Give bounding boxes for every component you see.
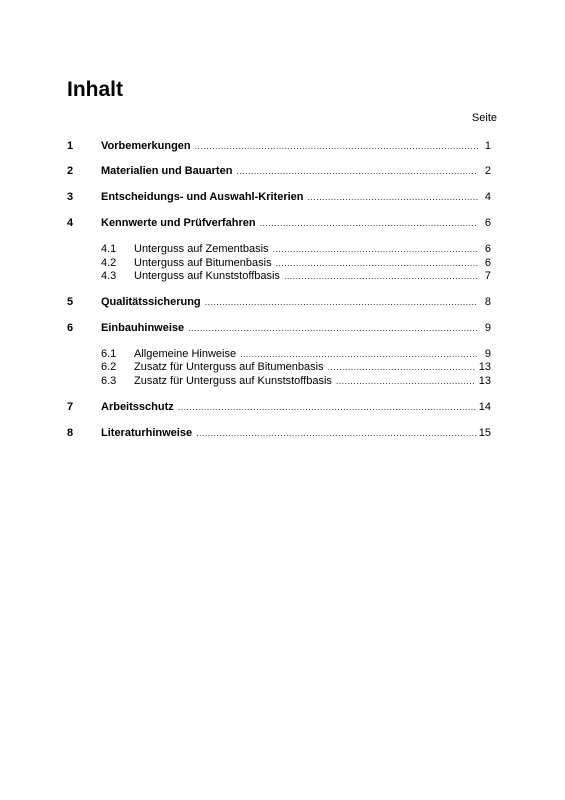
- toc-entry-4-2[interactable]: 4.2 Unterguss auf Bitumenbasis 6: [67, 256, 491, 270]
- toc-entry-6[interactable]: 6 Einbauhinweise 9: [67, 321, 491, 335]
- toc-entry-number: 2: [67, 164, 101, 178]
- toc-entry-4-3[interactable]: 4.3 Unterguss auf Kunststoffbasis 7: [67, 269, 491, 283]
- dot-leader: [196, 426, 476, 440]
- toc-entry-4[interactable]: 4 Kennwerte und Prüfverfahren 6: [67, 216, 491, 230]
- toc-entry-page: 8: [478, 295, 491, 309]
- toc-entry-number: 4.1: [101, 242, 134, 256]
- toc-entry-number: 6: [67, 321, 101, 335]
- toc-entry-page: 2: [478, 164, 491, 178]
- toc-entry-number: 4.3: [101, 269, 134, 283]
- dot-leader: [188, 321, 478, 335]
- toc-entry-page: 6: [478, 242, 491, 256]
- toc-entry-title: Arbeitsschutz: [101, 400, 178, 414]
- dot-leader: [308, 190, 479, 204]
- toc-entry-number: 8: [67, 426, 101, 440]
- toc-entry-6-2[interactable]: 6.2 Zusatz für Unterguss auf Bitumenbasi…: [67, 360, 491, 374]
- dot-leader: [273, 242, 478, 256]
- toc-entry-page: 14: [476, 400, 491, 414]
- page-title: Inhalt: [67, 76, 123, 104]
- toc-entry-title: Einbauhinweise: [101, 321, 188, 335]
- dot-leader: [195, 139, 478, 153]
- toc-entry-title: Zusatz für Unterguss auf Bitumenbasis: [134, 360, 328, 374]
- toc-entry-title: Entscheidungs- und Auswahl-Kriterien: [101, 190, 308, 204]
- toc-entry-number: 1: [67, 139, 101, 153]
- toc-entry-page: 9: [478, 321, 491, 335]
- toc-entry-page: 13: [476, 374, 491, 388]
- toc-entry-8[interactable]: 8 Literaturhinweise 15: [67, 426, 491, 440]
- dot-leader: [284, 269, 478, 283]
- dot-leader: [336, 374, 476, 388]
- toc-entry-number: 6.2: [101, 360, 134, 374]
- toc-entry-number: 6.1: [101, 347, 134, 361]
- toc-entry-title: Zusatz für Unterguss auf Kunststoffbasis: [134, 374, 336, 388]
- toc-entry-page: 13: [476, 360, 491, 374]
- toc-entry-3[interactable]: 3 Entscheidungs- und Auswahl-Kriterien 4: [67, 190, 491, 204]
- toc-entry-title: Unterguss auf Kunststoffbasis: [134, 269, 284, 283]
- toc-entry-number: 4: [67, 216, 101, 230]
- toc-entry-title: Unterguss auf Bitumenbasis: [134, 256, 276, 270]
- toc-entry-page: 1: [478, 139, 491, 153]
- toc-entry-title: Vorbemerkungen: [101, 139, 195, 153]
- toc-entry-page: 6: [478, 216, 491, 230]
- toc-entry-title: Qualitätssicherung: [101, 295, 205, 309]
- toc-entry-title: Unterguss auf Zementbasis: [134, 242, 273, 256]
- toc-entry-title: Kennwerte und Prüfverfahren: [101, 216, 260, 230]
- toc-entry-title: Literaturhinweise: [101, 426, 196, 440]
- toc-entry-page: 9: [478, 347, 491, 361]
- toc-entry-title: Allgemeine Hinweise: [134, 347, 240, 361]
- dot-leader: [260, 216, 478, 230]
- dot-leader: [236, 164, 478, 178]
- toc-entry-number: 7: [67, 400, 101, 414]
- toc-entry-number: 5: [67, 295, 101, 309]
- dot-leader: [328, 360, 476, 374]
- toc-entry-5[interactable]: 5 Qualitätssicherung 8: [67, 295, 491, 309]
- toc-entry-6-1[interactable]: 6.1 Allgemeine Hinweise 9: [67, 347, 491, 361]
- dot-leader: [240, 347, 478, 361]
- dot-leader: [205, 295, 478, 309]
- toc-entry-number: 4.2: [101, 256, 134, 270]
- toc-entry-7[interactable]: 7 Arbeitsschutz 14: [67, 400, 491, 414]
- toc-entry-4-1[interactable]: 4.1 Unterguss auf Zementbasis 6: [67, 242, 491, 256]
- toc-entry-page: 6: [478, 256, 491, 270]
- toc-entry-2[interactable]: 2 Materialien und Bauarten 2: [67, 164, 491, 178]
- toc-entry-page: 7: [478, 269, 491, 283]
- page-column-label: Seite: [472, 111, 497, 125]
- toc-entry-number: 3: [67, 190, 101, 204]
- dot-leader: [276, 256, 478, 270]
- toc-entry-page: 4: [478, 190, 491, 204]
- toc-entry-title: Materialien und Bauarten: [101, 164, 236, 178]
- toc-entry-number: 6.3: [101, 374, 134, 388]
- toc-entry-1[interactable]: 1 Vorbemerkungen 1: [67, 139, 491, 153]
- toc-entry-6-3[interactable]: 6.3 Zusatz für Unterguss auf Kunststoffb…: [67, 374, 491, 388]
- toc-entry-page: 15: [476, 426, 491, 440]
- dot-leader: [178, 400, 476, 414]
